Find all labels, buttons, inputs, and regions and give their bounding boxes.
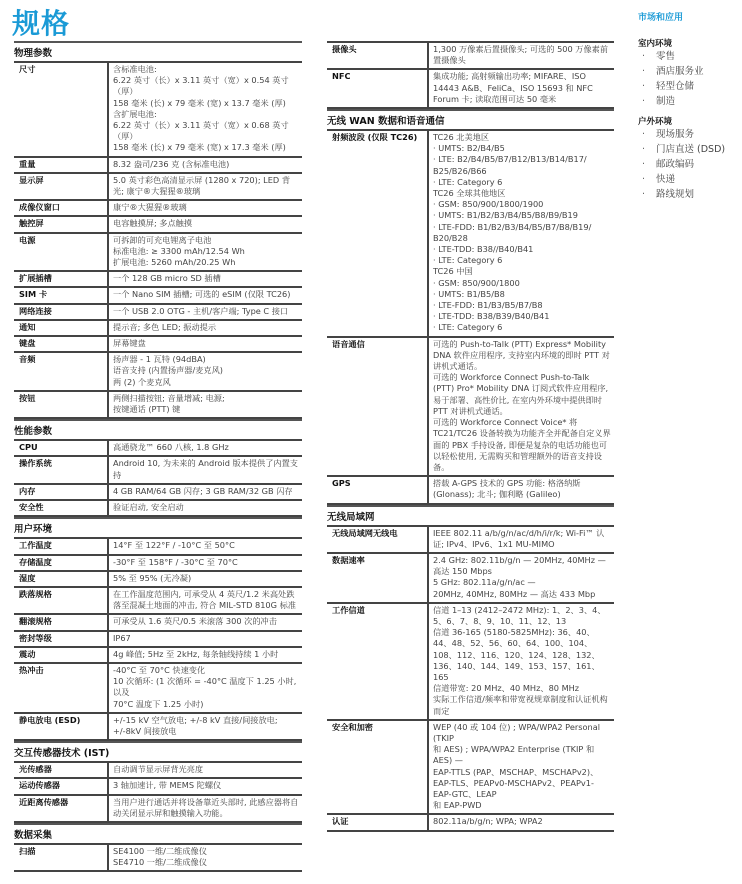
spec-label: 触控屏 xyxy=(14,216,108,232)
section-heading: 无线局域网 xyxy=(327,505,614,525)
bullet-icon: · xyxy=(638,64,656,79)
market-list-item: ·现场服务 xyxy=(638,127,742,142)
spec-value: Android 10, 为未来的 Android 版本提供了内置支持 xyxy=(108,456,302,483)
market-list-item: ·快递 xyxy=(638,172,742,187)
spec-row: 近距离传感器当用户进行通话并将设备靠近头部时, 此感应器将自动关闭显示屏和触摸输… xyxy=(14,795,302,821)
spec-row: 跌落规格在工作温度范围内, 可承受从 4 英尺/1.2 米高处跌落至混凝土地面的… xyxy=(14,587,302,614)
bullet-icon: · xyxy=(638,142,656,157)
spec-value: 一个 Nano SIM 插槽; 可选的 eSIM (仅限 TC26) xyxy=(108,287,302,303)
bullet-icon: · xyxy=(638,79,656,94)
spec-row: 音频扬声器 - 1 瓦特 (94dBA) 语音支持 (内置扬声器/麦克风) 两 … xyxy=(14,352,302,391)
spec-value: 高通骁龙™ 660 八核, 1.8 GHz xyxy=(108,440,302,456)
spec-row: 通知提示音; 多色 LED; 振动提示 xyxy=(14,320,302,336)
market-item-label: 酒店服务业 xyxy=(656,66,704,77)
spec-row: 扩展插槽一个 128 GB micro SD 插槽 xyxy=(14,271,302,287)
market-item-label: 轻型仓储 xyxy=(656,81,694,92)
market-item-label: 路线规划 xyxy=(656,189,694,200)
spec-value: 1,300 万像素后置摄像头; 可选的 500 万像素前置摄像头 xyxy=(428,42,614,69)
spec-label: 存储温度 xyxy=(14,555,108,571)
markets-heading: 市场和应用 xyxy=(638,10,742,23)
spec-value: -40°C 至 70°C 快速变化 10 次循环: (1 次循环 = -40°C… xyxy=(108,663,302,713)
spec-value: 可承受从 1.6 英尺/0.5 米滚落 300 次的冲击 xyxy=(108,614,302,630)
market-list-item: ·邮政编码 xyxy=(638,157,742,172)
spec-row: 密封等级IP67 xyxy=(14,631,302,647)
spec-table: 尺寸含标准电池: 6.22 英寸（长）x 3.11 英寸（宽）x 0.54 英寸… xyxy=(14,61,302,417)
market-list-item: ·酒店服务业 xyxy=(638,64,742,79)
spec-row: 数据速率2.4 GHz: 802.11b/g/n — 20MHz, 40MHz … xyxy=(327,553,614,603)
spec-label: 键盘 xyxy=(14,336,108,352)
spec-value: 4 GB RAM/64 GB 闪存; 3 GB RAM/32 GB 闪存 xyxy=(108,484,302,500)
spec-label: 通知 xyxy=(14,320,108,336)
spec-label: 重量 xyxy=(14,157,108,173)
spec-label: 扫描 xyxy=(14,844,108,870)
spec-value: 可选的 Push-to-Talk (PTT) Express* Mobility… xyxy=(428,337,614,476)
spec-label: 电源 xyxy=(14,233,108,272)
bullet-icon: · xyxy=(638,94,656,109)
spec-row: CPU高通骁龙™ 660 八核, 1.8 GHz xyxy=(14,440,302,456)
market-item-label: 门店直送 (DSD) xyxy=(656,144,725,155)
spec-row: 安全性验证启动, 安全启动 xyxy=(14,500,302,515)
spec-row: 成像仪窗口康宁®大猩猩®玻璃 xyxy=(14,200,302,216)
spec-value: 自动调节显示屏背光亮度 xyxy=(108,762,302,778)
spec-label: 音频 xyxy=(14,352,108,391)
market-list-item: ·制造 xyxy=(638,94,742,109)
spec-table: 摄像头1,300 万像素后置摄像头; 可选的 500 万像素前置摄像头NFC集成… xyxy=(327,41,614,107)
spec-row: 触控屏电容触摸屏; 多点触摸 xyxy=(14,216,302,232)
spec-label: 湿度 xyxy=(14,571,108,587)
spec-row: 运动传感器3 轴加速计, 带 MEMS 陀螺仪 xyxy=(14,778,302,794)
spec-label: 翻滚规格 xyxy=(14,614,108,630)
spec-row: 扫描SE4100 一维/二维成像仪 SE4710 一维/二维成像仪 xyxy=(14,844,302,870)
spec-label: 工作温度 xyxy=(14,538,108,554)
spec-row: 语音通信可选的 Push-to-Talk (PTT) Express* Mobi… xyxy=(327,337,614,476)
spec-row: 摄像头1,300 万像素后置摄像头; 可选的 500 万像素前置摄像头 xyxy=(327,42,614,69)
spec-value: IP67 xyxy=(108,631,302,647)
spec-label: 安全和加密 xyxy=(327,720,428,815)
market-group-title: 户外环境 xyxy=(638,115,742,127)
market-list-item: ·零售 xyxy=(638,49,742,64)
market-list-item: ·门店直送 (DSD) xyxy=(638,142,742,157)
spec-row: 工作信道信道 1–13 (2412–2472 MHz): 1、2、3、4、5、6… xyxy=(327,603,614,720)
spec-row: SIM 卡一个 Nano SIM 插槽; 可选的 eSIM (仅限 TC26) xyxy=(14,287,302,303)
spec-value: SE4100 一维/二维成像仪 SE4710 一维/二维成像仪 xyxy=(108,844,302,870)
spec-value: 含标准电池: 6.22 英寸（长）x 3.11 英寸（宽）x 0.54 英寸（厚… xyxy=(108,62,302,157)
spec-row: 按钮两侧扫描按钮; 音量增减; 电源; 按键通话 (PTT) 键 xyxy=(14,391,302,417)
bullet-icon: · xyxy=(638,127,656,142)
divider xyxy=(14,870,302,872)
spec-row: 尺寸含标准电池: 6.22 英寸（长）x 3.11 英寸（宽）x 0.54 英寸… xyxy=(14,62,302,157)
spec-value: 一个 USB 2.0 OTG - 主机/客户端; Type C 接口 xyxy=(108,304,302,320)
middle-spec-column: 摄像头1,300 万像素后置摄像头; 可选的 500 万像素前置摄像头NFC集成… xyxy=(327,41,614,832)
spec-table: 光传感器自动调节显示屏背光亮度运动传感器3 轴加速计, 带 MEMS 陀螺仪近距… xyxy=(14,761,302,821)
spec-value: 8.32 盎司/236 克 (含标准电池) xyxy=(108,157,302,173)
section-heading: 无线 WAN 数据和语音通信 xyxy=(327,109,614,129)
left-spec-column: 物理参数尺寸含标准电池: 6.22 英寸（长）x 3.11 英寸（宽）x 0.5… xyxy=(14,41,302,872)
bullet-icon: · xyxy=(638,49,656,64)
spec-row: 射频波段 (仅限 TC26)TC26 北美地区 · UMTS: B2/B4/B5… xyxy=(327,130,614,337)
market-item-label: 制造 xyxy=(656,96,675,107)
spec-label: SIM 卡 xyxy=(14,287,108,303)
spec-label: 内存 xyxy=(14,484,108,500)
spec-row: 操作系统Android 10, 为未来的 Android 版本提供了内置支持 xyxy=(14,456,302,483)
spec-row: 存储温度-30°F 至 158°F / -30°C 至 70°C xyxy=(14,555,302,571)
spec-value: WEP (40 或 104 位) ; WPA/WPA2 Personal (TK… xyxy=(428,720,614,815)
spec-value: 康宁®大猩猩®玻璃 xyxy=(108,200,302,216)
spec-row: 工作温度14°F 至 122°F / -10°C 至 50°C xyxy=(14,538,302,554)
market-list-item: ·路线规划 xyxy=(638,187,742,202)
spec-label: 成像仪窗口 xyxy=(14,200,108,216)
page-title: 规格 xyxy=(12,2,70,42)
spec-value: 扬声器 - 1 瓦特 (94dBA) 语音支持 (内置扬声器/麦克风) 两 (2… xyxy=(108,352,302,391)
spec-row: 安全和加密WEP (40 或 104 位) ; WPA/WPA2 Persona… xyxy=(327,720,614,815)
spec-value: 可拆卸的可充电锂离子电池 标准电池: ≥ 3300 mAh/12.54 Wh 扩… xyxy=(108,233,302,272)
bullet-icon: · xyxy=(638,187,656,202)
spec-value: +/-15 kV 空气放电; +/-8 kV 直接/间接放电; +/-8kV 间… xyxy=(108,713,302,739)
market-item-label: 现场服务 xyxy=(656,129,694,140)
spec-row: 重量8.32 盎司/236 克 (含标准电池) xyxy=(14,157,302,173)
spec-row: 热冲击-40°C 至 70°C 快速变化 10 次循环: (1 次循环 = -4… xyxy=(14,663,302,713)
spec-table: 无线局域网无线电IEEE 802.11 a/b/g/n/ac/d/h/i/r/k… xyxy=(327,525,614,830)
spec-value: TC26 北美地区 · UMTS: B2/B4/B5 · LTE: B2/B4/… xyxy=(428,130,614,337)
spec-table: CPU高通骁龙™ 660 八核, 1.8 GHz操作系统Android 10, … xyxy=(14,439,302,515)
spec-row: 震动4g 峰值; 5Hz 至 2kHz, 每条轴线持续 1 小时 xyxy=(14,647,302,663)
spec-label: 射频波段 (仅限 TC26) xyxy=(327,130,428,337)
spec-value: 当用户进行通话并将设备靠近头部时, 此感应器将自动关闭显示屏和触摸输入功能。 xyxy=(108,795,302,821)
spec-label: 工作信道 xyxy=(327,603,428,720)
spec-label: 认证 xyxy=(327,814,428,829)
market-item-label: 快递 xyxy=(656,174,675,185)
section-heading: 物理参数 xyxy=(14,41,302,61)
spec-value: 屏幕键盘 xyxy=(108,336,302,352)
spec-value: 802.11a/b/g/n; WPA; WPA2 xyxy=(428,814,614,829)
spec-label: 摄像头 xyxy=(327,42,428,69)
spec-value: 在工作温度范围内, 可承受从 4 英尺/1.2 米高处跌落至混凝土地面的冲击, … xyxy=(108,587,302,614)
spec-row: 显示屏5.0 英寸彩色高清显示屏 (1280 x 720); LED 背光; 康… xyxy=(14,173,302,200)
spec-label: 操作系统 xyxy=(14,456,108,483)
spec-row: GPS搭载 A-GPS 技术的 GPS 功能: 格洛纳斯 (Glonass); … xyxy=(327,476,614,502)
spec-label: NFC xyxy=(327,69,428,107)
spec-label: 近距离传感器 xyxy=(14,795,108,821)
spec-label: 震动 xyxy=(14,647,108,663)
spec-label: 按钮 xyxy=(14,391,108,417)
market-list-item: ·轻型仓储 xyxy=(638,79,742,94)
spec-row: 静电放电 (ESD)+/-15 kV 空气放电; +/-8 kV 直接/间接放电… xyxy=(14,713,302,739)
bullet-icon: · xyxy=(638,157,656,172)
spec-row: 网络连接一个 USB 2.0 OTG - 主机/客户端; Type C 接口 xyxy=(14,304,302,320)
spec-value: 信道 1–13 (2412–2472 MHz): 1、2、3、4、5、6、7、8… xyxy=(428,603,614,720)
spec-value: 2.4 GHz: 802.11b/g/n — 20MHz, 40MHz — 高达… xyxy=(428,553,614,603)
spec-label: 语音通信 xyxy=(327,337,428,476)
market-item-label: 零售 xyxy=(656,51,675,62)
spec-value: 搭载 A-GPS 技术的 GPS 功能: 格洛纳斯 (Glonass); 北斗;… xyxy=(428,476,614,502)
spec-value: 提示音; 多色 LED; 振动提示 xyxy=(108,320,302,336)
spec-value: 集成功能; 高射频输出功率; MIFARE、ISO 14443 A&B、Feli… xyxy=(428,69,614,107)
spec-label: 数据速率 xyxy=(327,553,428,603)
spec-value: IEEE 802.11 a/b/g/n/ac/d/h/i/r/k; Wi-Fi™… xyxy=(428,526,614,553)
spec-label: 网络连接 xyxy=(14,304,108,320)
spec-value: 3 轴加速计, 带 MEMS 陀螺仪 xyxy=(108,778,302,794)
spec-value: 5% 至 95% (无冷凝) xyxy=(108,571,302,587)
spec-label: 热冲击 xyxy=(14,663,108,713)
section-heading: 用户环境 xyxy=(14,517,302,537)
spec-label: 显示屏 xyxy=(14,173,108,200)
spec-label: 密封等级 xyxy=(14,631,108,647)
spec-value: 验证启动, 安全启动 xyxy=(108,500,302,515)
market-item-label: 邮政编码 xyxy=(656,159,694,170)
spec-label: 扩展插槽 xyxy=(14,271,108,287)
spec-label: 跌落规格 xyxy=(14,587,108,614)
spec-value: 4g 峰值; 5Hz 至 2kHz, 每条轴线持续 1 小时 xyxy=(108,647,302,663)
spec-row: NFC集成功能; 高射频输出功率; MIFARE、ISO 14443 A&B、F… xyxy=(327,69,614,107)
spec-label: 运动传感器 xyxy=(14,778,108,794)
section-heading: 性能参数 xyxy=(14,419,302,439)
spec-row: 内存4 GB RAM/64 GB 闪存; 3 GB RAM/32 GB 闪存 xyxy=(14,484,302,500)
spec-row: 湿度5% 至 95% (无冷凝) xyxy=(14,571,302,587)
spec-label: CPU xyxy=(14,440,108,456)
market-group-title: 室内环境 xyxy=(638,37,742,49)
spec-value: 电容触摸屏; 多点触摸 xyxy=(108,216,302,232)
spec-value: 14°F 至 122°F / -10°C 至 50°C xyxy=(108,538,302,554)
spec-row: 认证802.11a/b/g/n; WPA; WPA2 xyxy=(327,814,614,829)
divider xyxy=(327,830,614,832)
spec-label: GPS xyxy=(327,476,428,502)
spec-value: -30°F 至 158°F / -30°C 至 70°C xyxy=(108,555,302,571)
section-heading: 交互传感器技术 (IST) xyxy=(14,741,302,761)
spec-value: 一个 128 GB micro SD 插槽 xyxy=(108,271,302,287)
spec-row: 电源可拆卸的可充电锂离子电池 标准电池: ≥ 3300 mAh/12.54 Wh… xyxy=(14,233,302,272)
section-heading: 数据采集 xyxy=(14,823,302,843)
spec-label: 安全性 xyxy=(14,500,108,515)
spec-table: 工作温度14°F 至 122°F / -10°C 至 50°C存储温度-30°F… xyxy=(14,537,302,739)
spec-row: 无线局域网无线电IEEE 802.11 a/b/g/n/ac/d/h/i/r/k… xyxy=(327,526,614,553)
spec-value: 5.0 英寸彩色高清显示屏 (1280 x 720); LED 背光; 康宁®大… xyxy=(108,173,302,200)
spec-row: 光传感器自动调节显示屏背光亮度 xyxy=(14,762,302,778)
bullet-icon: · xyxy=(638,172,656,187)
spec-row: 翻滚规格可承受从 1.6 英尺/0.5 米滚落 300 次的冲击 xyxy=(14,614,302,630)
spec-label: 尺寸 xyxy=(14,62,108,157)
markets-sidebar: 市场和应用室内环境·零售·酒店服务业·轻型仓储·制造户外环境·现场服务·门店直送… xyxy=(638,10,742,202)
spec-table: 射频波段 (仅限 TC26)TC26 北美地区 · UMTS: B2/B4/B5… xyxy=(327,129,614,503)
spec-value: 两侧扫描按钮; 音量增减; 电源; 按键通话 (PTT) 键 xyxy=(108,391,302,417)
spec-label: 无线局域网无线电 xyxy=(327,526,428,553)
spec-label: 光传感器 xyxy=(14,762,108,778)
spec-row: 键盘屏幕键盘 xyxy=(14,336,302,352)
spec-table: 扫描SE4100 一维/二维成像仪 SE4710 一维/二维成像仪 xyxy=(14,843,302,870)
spec-label: 静电放电 (ESD) xyxy=(14,713,108,739)
